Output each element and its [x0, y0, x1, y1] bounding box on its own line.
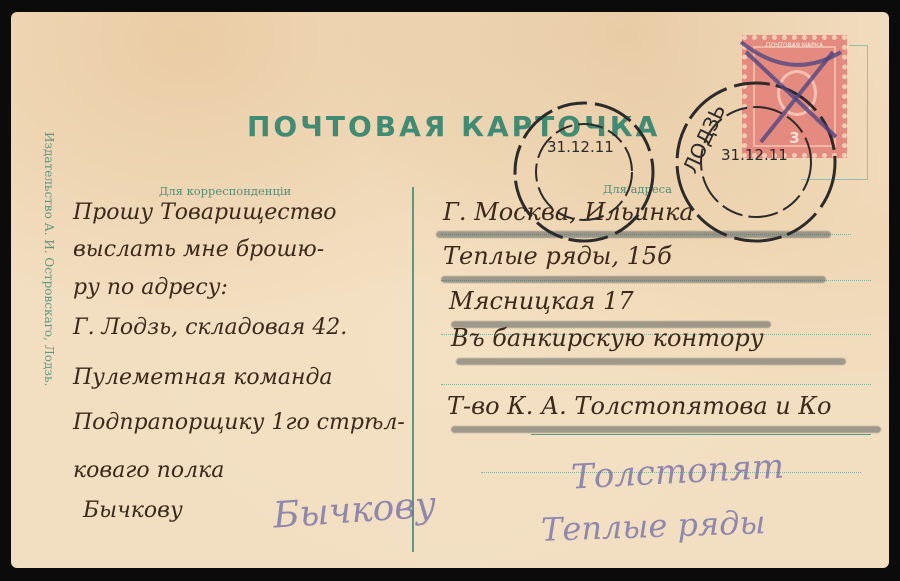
postmark-date-left: 31.12.11	[547, 138, 614, 156]
cancel-cross	[741, 42, 841, 142]
postmark-date-right: 31.12.11	[721, 146, 788, 164]
postmark-left	[515, 103, 653, 241]
postcard: ПОЧТОВАЯ КАРТОЧКА Издательство А. И. Ост…	[11, 12, 889, 568]
postmark-city: ЛОДЗЬ	[678, 101, 731, 177]
postmarks-overlay: 31.12.11 ЛОДЗЬ 31.12.11	[11, 12, 889, 568]
